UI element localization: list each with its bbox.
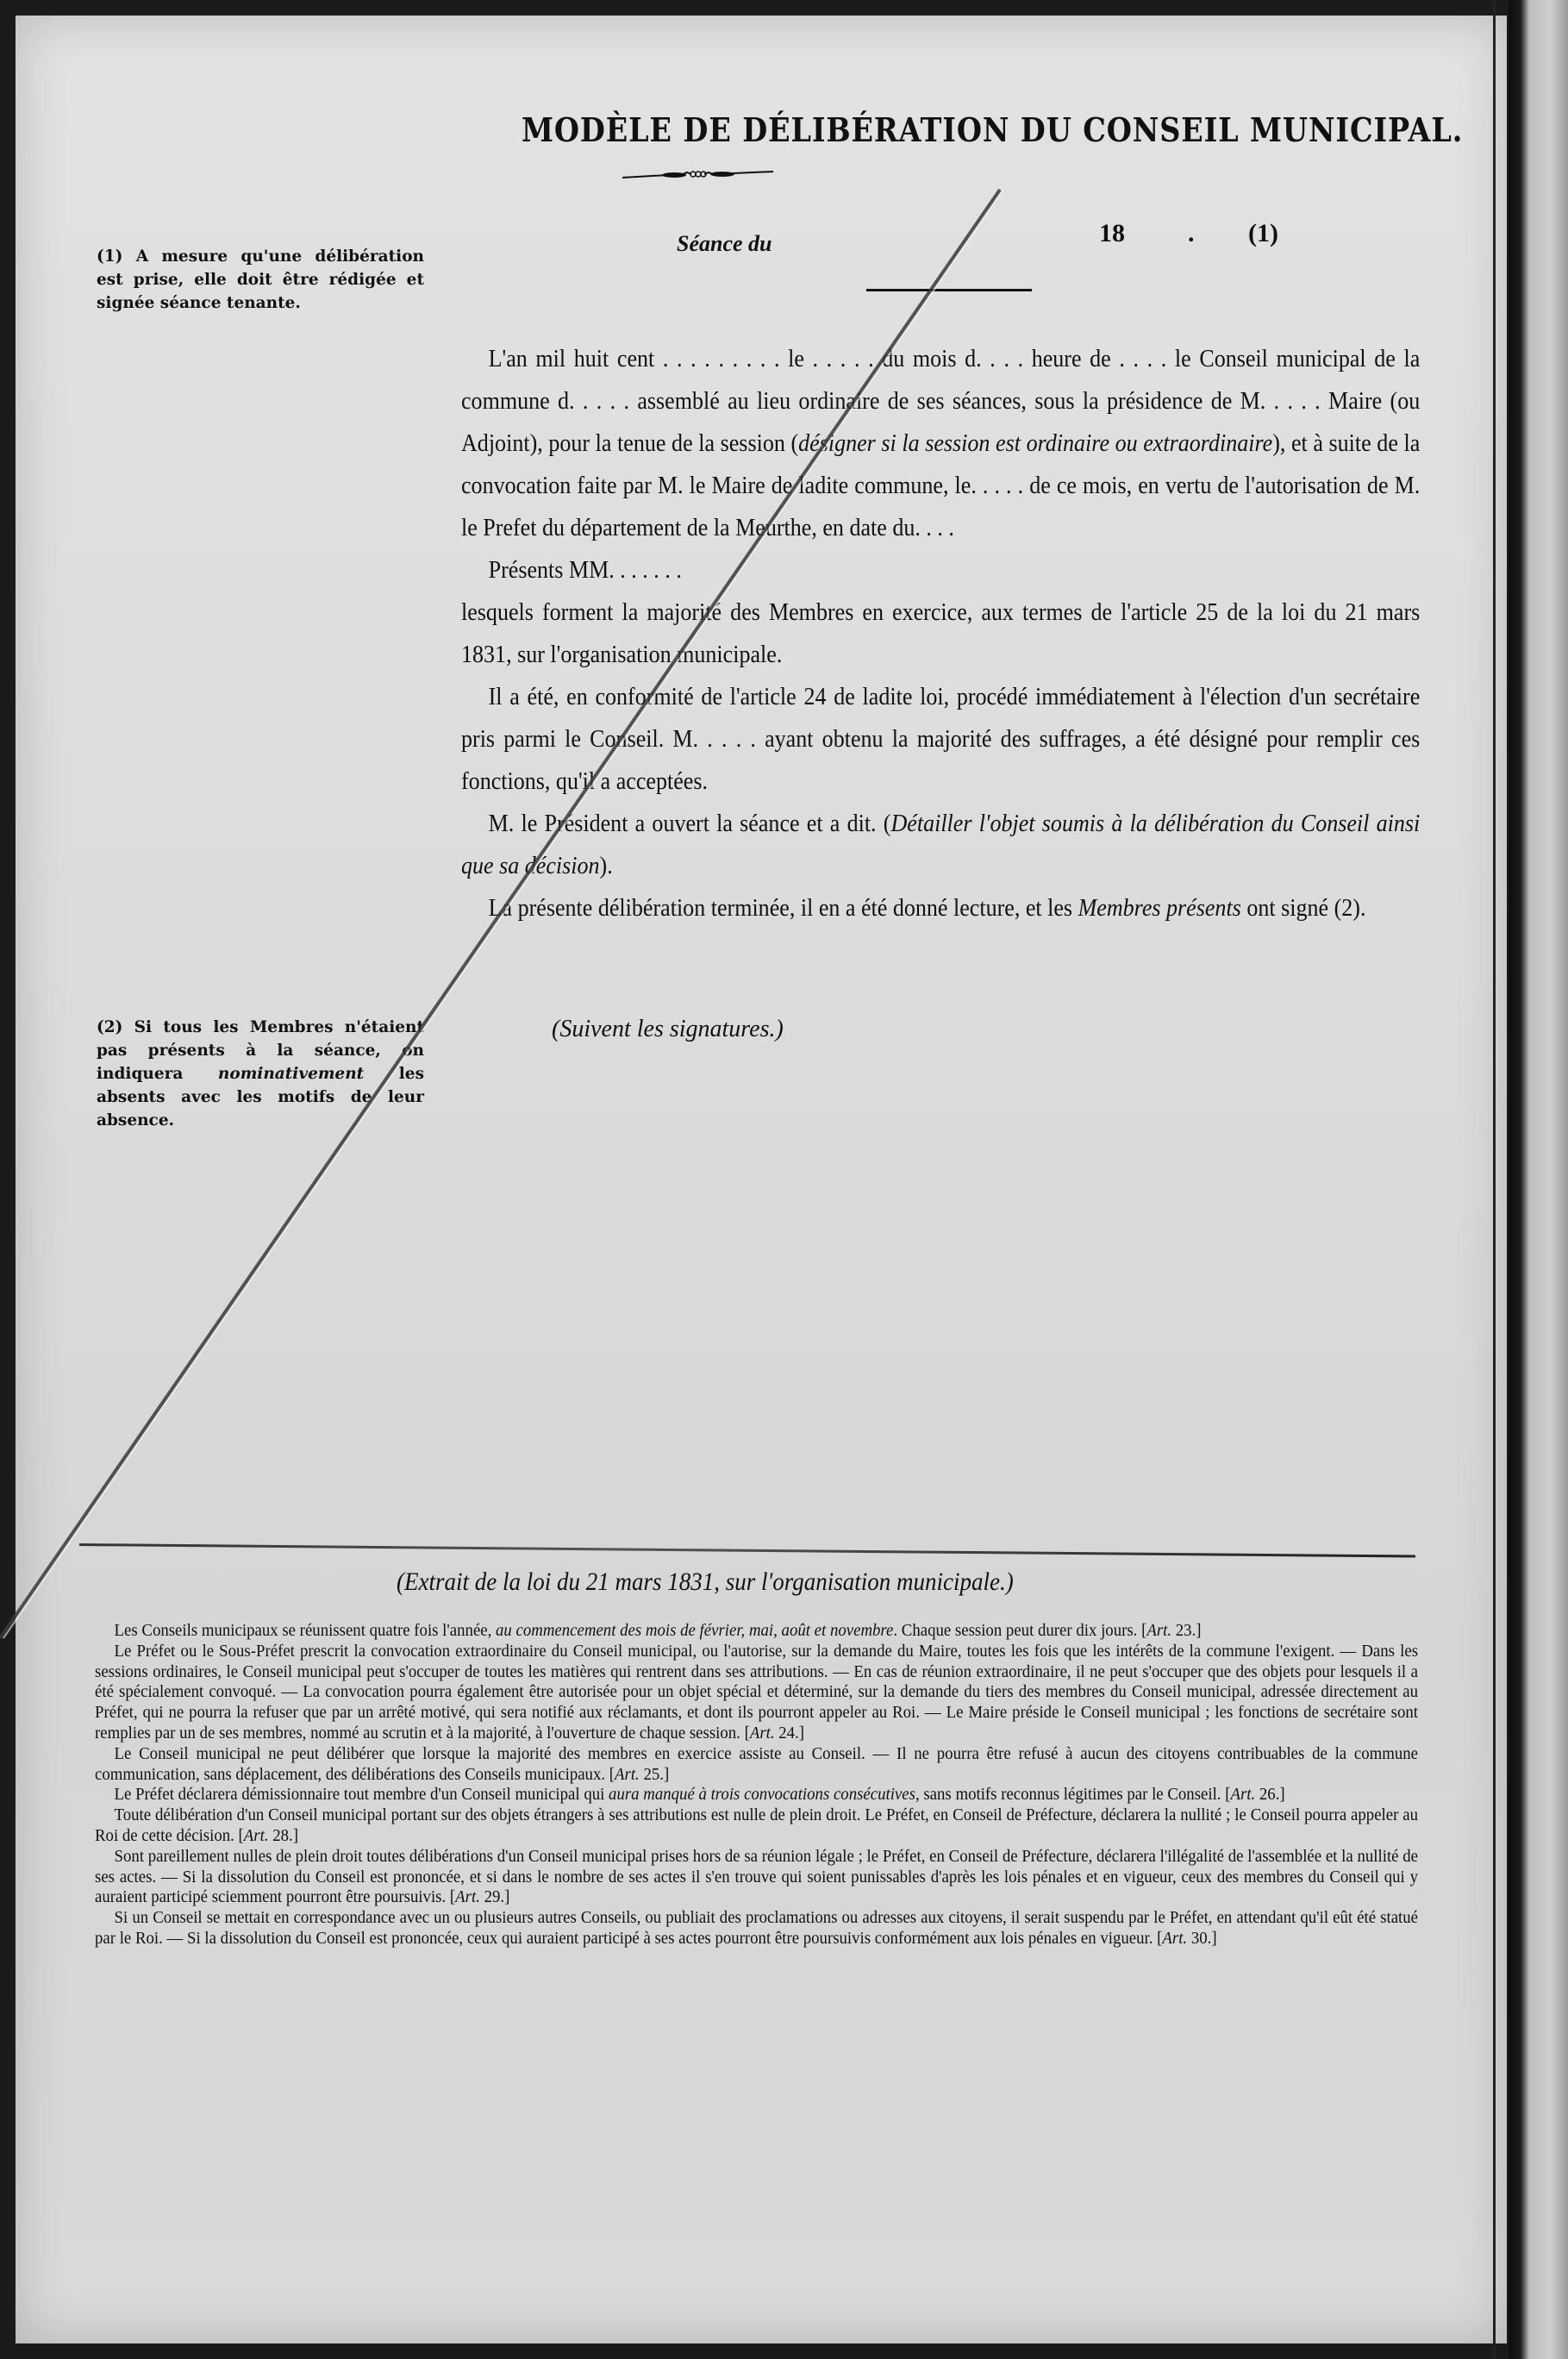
extract-text-run: , sans motifs reconnus légitimes par le … bbox=[915, 1785, 1230, 1804]
extract-text-run: 29.] bbox=[480, 1887, 509, 1906]
extract-text-run: 28.] bbox=[269, 1826, 298, 1845]
extract-title: (Extrait de la loi du 21 mars 1831, sur … bbox=[397, 1567, 1014, 1597]
margin-note-2: (2) Si tous les Membres n'étaient pas pr… bbox=[97, 1016, 424, 1132]
extract-text-run: aura manqué à trois convocations consécu… bbox=[609, 1785, 915, 1804]
extract-text-run: Art. bbox=[1146, 1621, 1171, 1640]
extract-text-run: Art. bbox=[455, 1887, 480, 1906]
signatures-line: (Suivent les signatures.) bbox=[552, 1016, 784, 1043]
extract-paragraph: Sont pareillement nulles de plein droit … bbox=[95, 1847, 1418, 1908]
extract-text-run: . Chaque session peut durer dix jours. [ bbox=[893, 1621, 1146, 1640]
body-paragraph: Présents MM. . . . . . . bbox=[461, 549, 1420, 591]
body-paragraph: lesquels forment la majorité des Membres… bbox=[461, 591, 1420, 676]
body-text-run: M. le Président a ouvert la séance et a … bbox=[489, 810, 891, 837]
extract-text-run: Le Préfet déclarera démissionnaire tout … bbox=[115, 1785, 609, 1804]
extract-text-run: 30.] bbox=[1187, 1929, 1216, 1948]
body-text-run: Membres présents bbox=[1078, 895, 1241, 922]
body-text-run: lesquels forment la majorité des Membres… bbox=[461, 599, 1420, 668]
extract-text-run: Art. bbox=[1162, 1929, 1187, 1948]
margin-note-1-ref: (1) bbox=[97, 247, 122, 266]
margin-note-2-ref: (2) bbox=[97, 1018, 122, 1036]
body-paragraph: M. le Président a ouvert la séance et a … bbox=[461, 803, 1420, 887]
seance-year-prefix: 18 bbox=[1099, 219, 1125, 248]
extract-paragraph: Le Préfet ou le Sous-Préfet prescrit la … bbox=[95, 1642, 1418, 1744]
extract-body: Les Conseils municipaux se réunissent qu… bbox=[95, 1621, 1418, 1949]
extract-text-run: au commencement des mois de février, mai… bbox=[496, 1621, 893, 1640]
extract-text-run: Art. bbox=[750, 1724, 775, 1743]
body-paragraph: La présente délibération terminée, il en… bbox=[461, 887, 1420, 929]
extract-text-run: Les Conseils municipaux se réunissent qu… bbox=[115, 1621, 496, 1640]
extract-paragraph: Le Conseil municipal ne peut délibérer q… bbox=[95, 1744, 1418, 1786]
adjacent-page-edge bbox=[1509, 0, 1568, 2359]
body-paragraph: L'an mil huit cent . . . . . . . . . le … bbox=[461, 338, 1420, 549]
seance-note-ref: (1) bbox=[1248, 219, 1278, 248]
extract-paragraph: Les Conseils municipaux se réunissent qu… bbox=[95, 1621, 1418, 1642]
extract-text-run: 23.] bbox=[1171, 1621, 1201, 1640]
body-text-run: désigner si la session est ordinaire ou … bbox=[798, 430, 1272, 457]
extract-text-run: Si un Conseil se mettait en correspondan… bbox=[95, 1908, 1418, 1948]
margin-note-1: (1) A mesure qu'une délibération est pri… bbox=[97, 245, 424, 315]
extract-paragraph: Toute délibération d'un Conseil municipa… bbox=[95, 1805, 1418, 1847]
extract-text-run: Art. bbox=[615, 1765, 640, 1784]
title-ornament-rule bbox=[622, 169, 773, 181]
body-paragraph: Il a été, en conformité de l'article 24 … bbox=[461, 676, 1420, 803]
extract-text-run: Le Conseil municipal ne peut délibérer q… bbox=[95, 1744, 1418, 1784]
seance-label: Séance du bbox=[677, 231, 772, 257]
seance-separator: . bbox=[1188, 219, 1195, 248]
body-text-run: ). bbox=[600, 853, 613, 879]
margin-note-1-text: A mesure qu'une délibération est prise, … bbox=[97, 247, 424, 312]
body-text-run: ont signé (2). bbox=[1241, 895, 1366, 922]
extract-paragraph: Si un Conseil se mettait en correspondan… bbox=[95, 1908, 1418, 1949]
extract-text-run: 26.] bbox=[1255, 1785, 1284, 1804]
deliberation-body: L'an mil huit cent . . . . . . . . . le … bbox=[461, 338, 1420, 929]
extract-text-run: 25.] bbox=[640, 1765, 669, 1784]
body-text-run: Présents MM. . . . . . . bbox=[489, 557, 682, 584]
extract-paragraph: Le Préfet déclarera démissionnaire tout … bbox=[95, 1785, 1418, 1805]
body-text-run: Il a été, en conformité de l'article 24 … bbox=[461, 684, 1420, 795]
margin-note-2-text-italic: nominativement bbox=[218, 1065, 364, 1083]
extract-text-run: Art. bbox=[1230, 1785, 1255, 1804]
document-title: MODÈLE DE DÉLIBÉRATION DU CONSEIL MUNICI… bbox=[522, 110, 1463, 149]
extract-text-run: Art. bbox=[244, 1826, 269, 1845]
body-text-run: La présente délibération terminée, il en… bbox=[489, 895, 1078, 922]
seance-underline bbox=[866, 289, 1032, 291]
extract-text-run: Sont pareillement nulles de plein droit … bbox=[95, 1847, 1418, 1907]
binding-fold-line bbox=[1493, 0, 1496, 2359]
extract-text-run: 24.] bbox=[775, 1724, 804, 1743]
